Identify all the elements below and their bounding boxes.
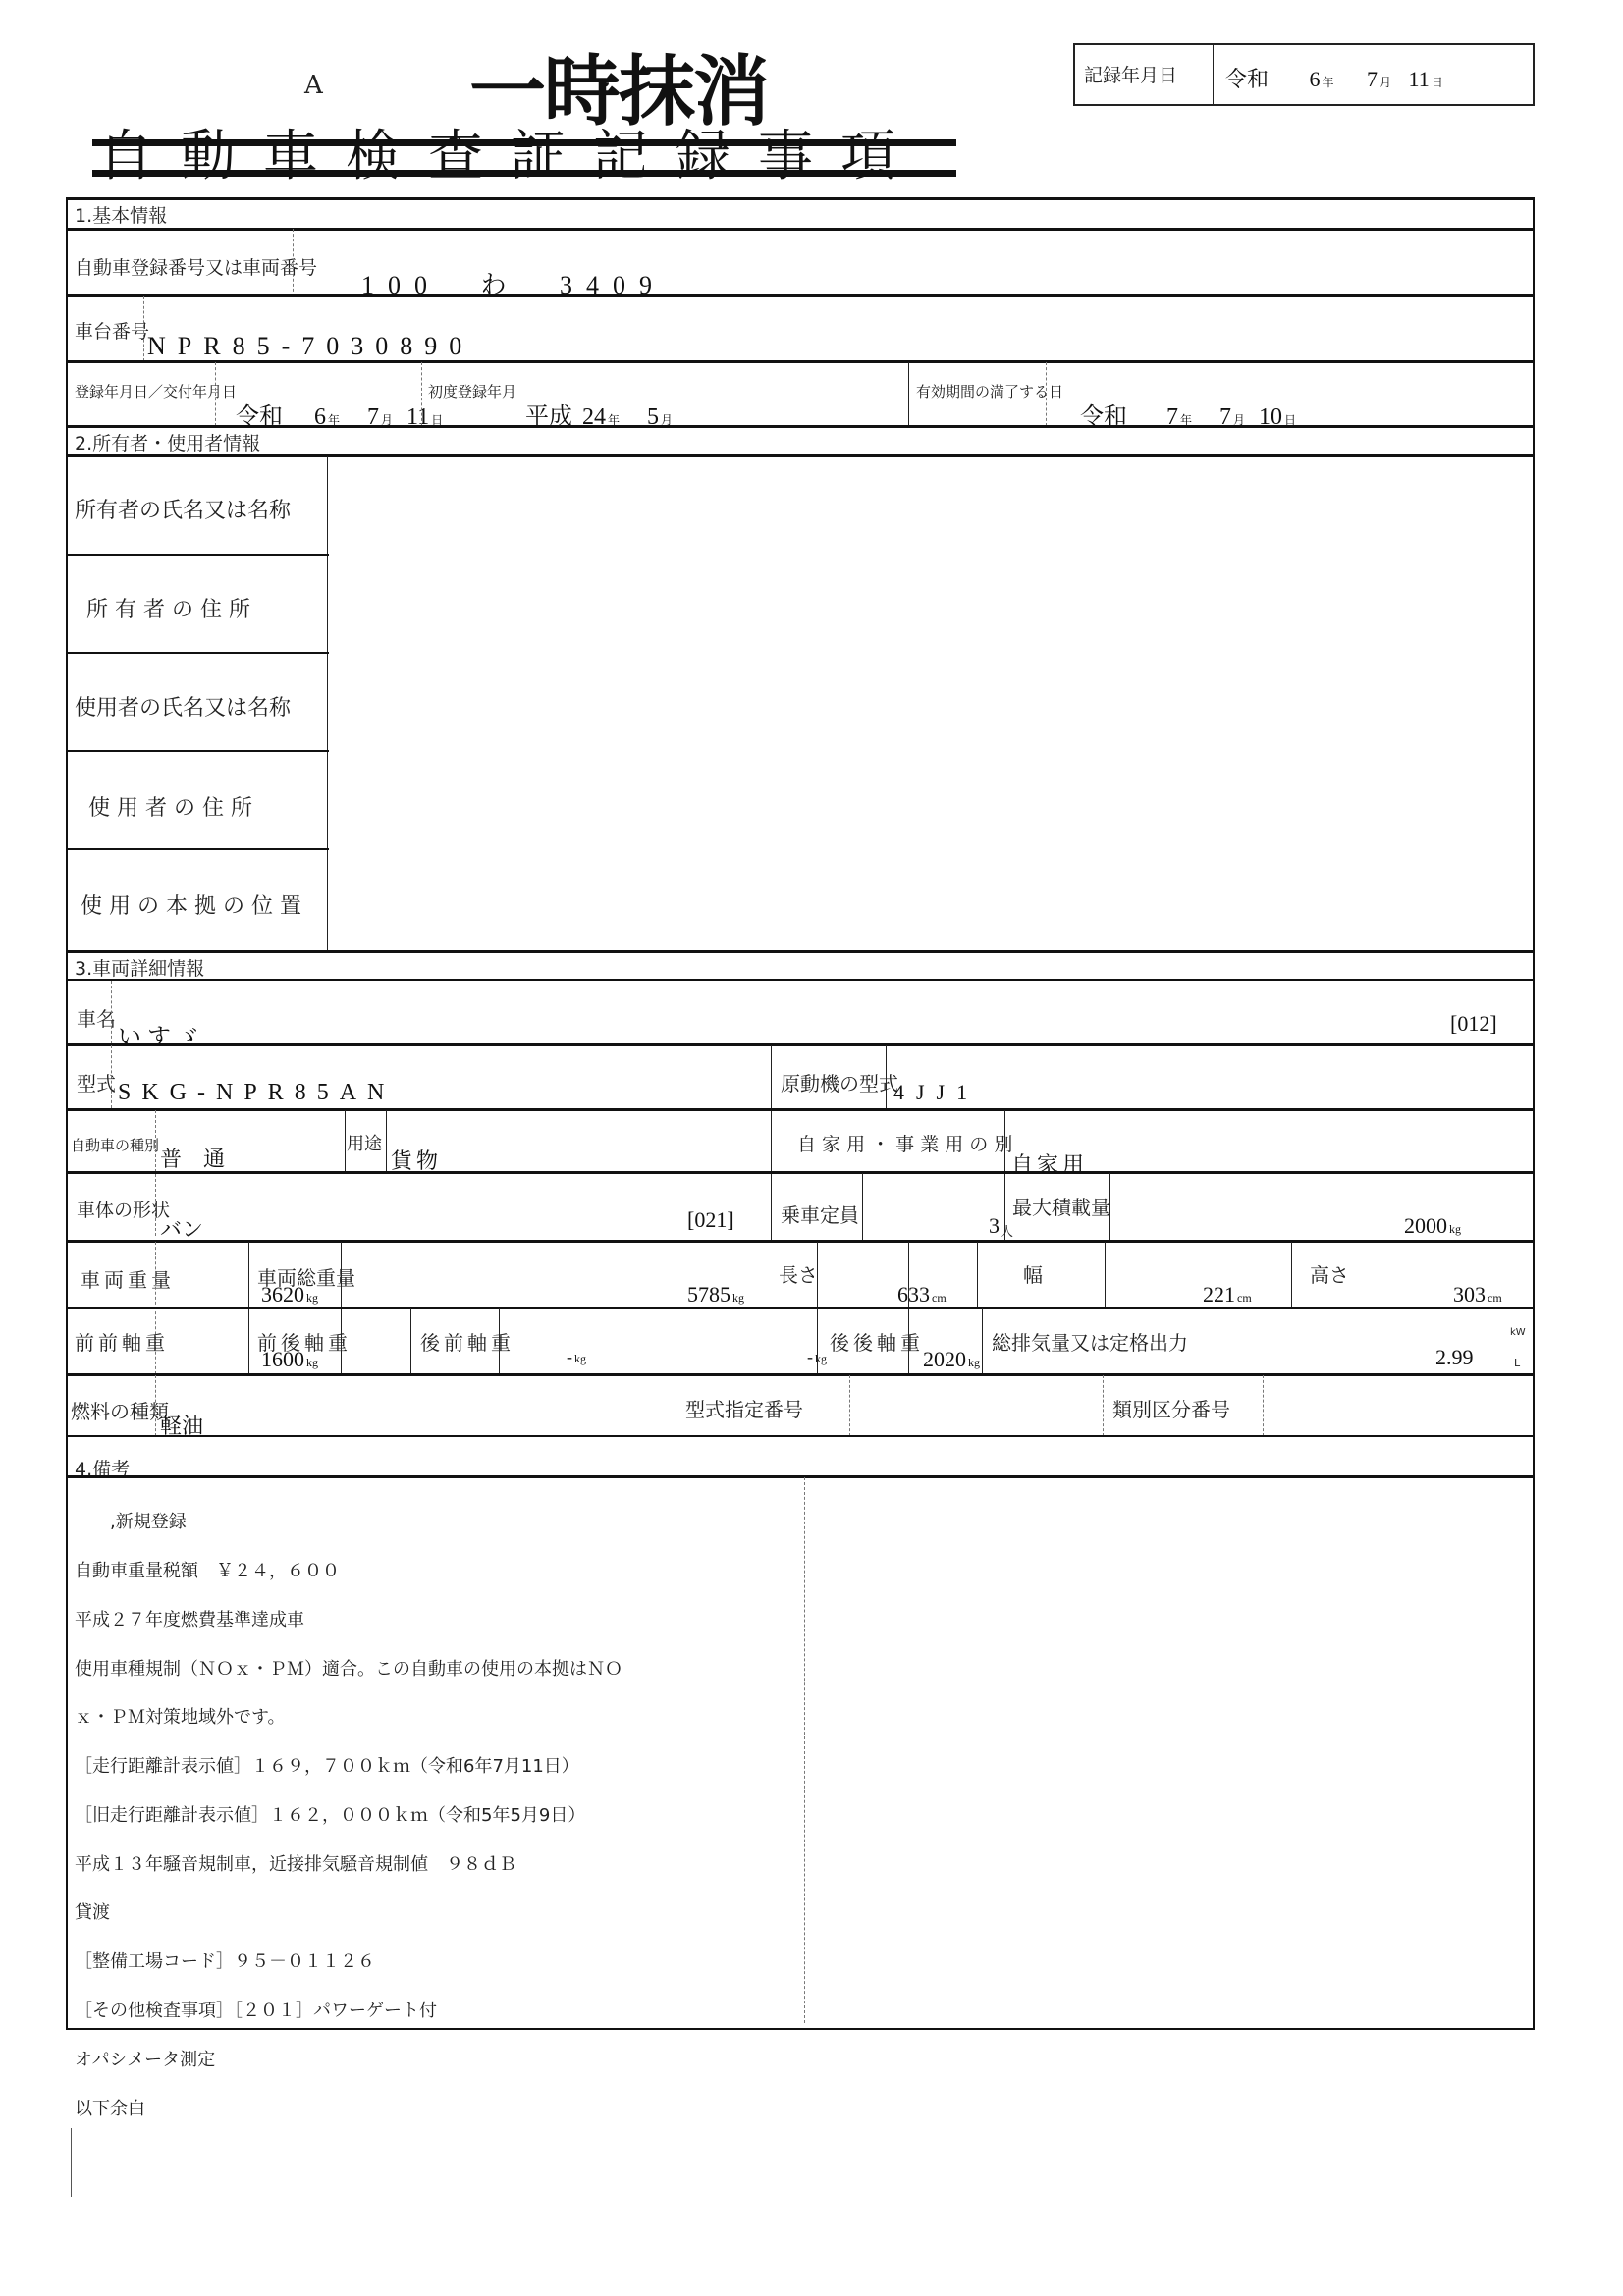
capacity: 3 bbox=[989, 1213, 1000, 1238]
divider bbox=[66, 1307, 1533, 1309]
divider bbox=[676, 1375, 676, 1436]
chassis-label: 車台番号 bbox=[75, 317, 149, 344]
rr-axle: 2020 bbox=[923, 1347, 966, 1371]
unit: cm bbox=[1237, 1291, 1252, 1305]
section-1-title: 1.基本情報 bbox=[75, 201, 167, 228]
displacement: 2.99 bbox=[1435, 1345, 1474, 1369]
height-value: 303cm bbox=[1453, 1282, 1502, 1308]
unit: cm bbox=[932, 1291, 947, 1305]
divider bbox=[908, 362, 909, 426]
divider bbox=[66, 1108, 1533, 1111]
fr-axle-value: -kg bbox=[567, 1347, 586, 1367]
body-shape-label: 車体の形状 bbox=[77, 1196, 170, 1222]
model-value: SKG-NPR85AN bbox=[118, 1080, 395, 1106]
owner-name-label: 所有者の氏名又は名称 bbox=[75, 494, 291, 524]
displacement-value: 2.99 bbox=[1435, 1345, 1474, 1370]
ff-axle-label: 前前軸重 bbox=[75, 1327, 169, 1356]
divider bbox=[849, 1375, 850, 1436]
chassis-value: NPR85-7030890 bbox=[147, 332, 473, 361]
divider bbox=[66, 1240, 1533, 1243]
divider bbox=[862, 1173, 863, 1240]
divider bbox=[111, 1045, 112, 1108]
engine-label: 原動機の型式 bbox=[781, 1068, 898, 1096]
car-name-code: [012] bbox=[1450, 1011, 1497, 1037]
divider bbox=[1263, 1375, 1264, 1436]
rf-axle-label: 後前軸重 bbox=[420, 1327, 514, 1356]
fuel-label: 燃料の種類 bbox=[71, 1396, 169, 1424]
section-2-title: 2.所有者・使用者情報 bbox=[75, 429, 260, 455]
unit: kg bbox=[306, 1356, 318, 1369]
length-label: 長さ bbox=[779, 1259, 818, 1288]
remark-line: ［その他検査事項］［２０１］パワーゲート付 bbox=[75, 2003, 622, 2020]
divider bbox=[1109, 1173, 1110, 1240]
divider bbox=[66, 1475, 1533, 1478]
fr-axle: - bbox=[567, 1347, 572, 1366]
divider bbox=[1103, 1375, 1104, 1436]
unit: 月 bbox=[1380, 76, 1391, 89]
body-shape-code: [021] bbox=[687, 1207, 734, 1233]
divider bbox=[977, 1242, 978, 1308]
vehicle-weight-label: 車両重量 bbox=[81, 1264, 175, 1293]
divider bbox=[66, 454, 1533, 457]
divider bbox=[66, 979, 1533, 981]
reg-date-label: 登録年月日／交付年月日 bbox=[75, 381, 237, 401]
car-name-label: 車名 bbox=[77, 1003, 116, 1032]
divider bbox=[66, 228, 1533, 231]
divider bbox=[410, 1308, 411, 1374]
divider bbox=[66, 425, 1533, 428]
height: 303 bbox=[1453, 1282, 1486, 1307]
displacement-label: 総排気量又は定格出力 bbox=[992, 1327, 1188, 1356]
user-address-label: 使 用 者 の 住 所 bbox=[88, 791, 252, 822]
record-date-value: 令和 6年 7月 11日 bbox=[1225, 63, 1443, 93]
era: 令和 bbox=[1225, 67, 1269, 91]
max-load-label: 最大積載量 bbox=[1012, 1192, 1110, 1220]
divider bbox=[66, 554, 329, 556]
margin-mark bbox=[71, 2128, 72, 2197]
status-stamp: 一時抹消 bbox=[469, 54, 768, 131]
height-label: 高さ bbox=[1310, 1259, 1349, 1288]
remark-line: オパシメータ測定 bbox=[75, 2053, 622, 2069]
divider bbox=[1291, 1242, 1292, 1308]
divider bbox=[771, 1045, 772, 1242]
document-title-text: 自動車検査証記録事項 bbox=[98, 125, 923, 188]
unit: 年 bbox=[1323, 76, 1334, 89]
divider bbox=[66, 652, 329, 654]
divider bbox=[143, 296, 144, 361]
divider bbox=[66, 1435, 1533, 1437]
length-value: 633cm bbox=[897, 1282, 947, 1308]
unit: kg bbox=[1449, 1222, 1461, 1236]
divider bbox=[1105, 1242, 1106, 1308]
remark-line: 使用車種規制（ＮＯｘ・ＰＭ）適合。この自動車の使用の本拠はＮＯ bbox=[75, 1662, 622, 1679]
max-load-value: 2000kg bbox=[1404, 1213, 1461, 1239]
user-name-label: 使用者の氏名又は名称 bbox=[75, 691, 291, 721]
remark-line: ,新規登録 bbox=[75, 1515, 622, 1531]
divider bbox=[66, 360, 1533, 363]
use-label: 用途 bbox=[347, 1130, 382, 1155]
divider bbox=[982, 1308, 983, 1374]
divider bbox=[155, 1375, 156, 1436]
remark-line: ［走行距離計表示値］１６９，７００ｋｍ（令和6年7月11日） bbox=[75, 1759, 622, 1776]
gross-weight: 5785 bbox=[687, 1282, 730, 1307]
year: 6 bbox=[1310, 67, 1321, 91]
remark-line: 自動車重量税額 ￥２４，６００ bbox=[75, 1564, 622, 1580]
divider bbox=[421, 362, 422, 426]
owner-address-label: 所 有 者 の 住 所 bbox=[86, 593, 250, 623]
divider bbox=[886, 1045, 887, 1108]
divider bbox=[66, 1043, 1533, 1046]
divider bbox=[1046, 362, 1047, 426]
corner-mark: A bbox=[304, 71, 323, 100]
divider bbox=[817, 1308, 818, 1374]
remarks-list: ,新規登録 自動車重量税額 ￥２４，６００ 平成２７年度燃費基準達成車 使用車種… bbox=[75, 1482, 622, 2134]
unit: kg bbox=[306, 1291, 318, 1305]
unit: kg bbox=[968, 1356, 980, 1369]
divider bbox=[66, 294, 1533, 297]
engine-value: 4JJ1 bbox=[893, 1080, 979, 1105]
type-approval-label: 型式指定番号 bbox=[685, 1394, 803, 1422]
month: 7 bbox=[1367, 67, 1378, 91]
divider bbox=[514, 362, 514, 426]
private-business-label: 自 家 用 ・ 事 業 用 の 別 bbox=[797, 1130, 1012, 1156]
divider bbox=[66, 1171, 1533, 1174]
rr-axle-label: 後後軸重 bbox=[830, 1327, 924, 1356]
remark-line: ［旧走行距離計表示値］１６２，０００ｋｍ（令和5年5月9日） bbox=[75, 1808, 622, 1825]
divider bbox=[66, 750, 329, 752]
capacity-label: 乗車定員 bbox=[781, 1200, 859, 1228]
base-location-label: 使 用 の 本 拠 の 位 置 bbox=[81, 889, 301, 920]
remark-line: ｘ・ＰＭ対策地域外です。 bbox=[75, 1710, 622, 1727]
length: 633 bbox=[897, 1282, 930, 1307]
vehicle-type-value: 普 通 bbox=[160, 1143, 225, 1173]
capacity-value: 3 bbox=[982, 1213, 1000, 1239]
divider bbox=[345, 1110, 346, 1172]
unit: cm bbox=[1488, 1291, 1502, 1305]
fr-axle-label: 前後軸重 bbox=[257, 1327, 352, 1356]
gross-weight-value: 5785kg bbox=[687, 1282, 744, 1308]
strike-line-bottom bbox=[92, 170, 956, 177]
max-load: 2000 bbox=[1404, 1213, 1447, 1238]
expiry-label: 有効期間の満了する日 bbox=[916, 381, 1063, 401]
divider bbox=[293, 229, 294, 296]
divider bbox=[66, 950, 1533, 953]
vehicle-type-label: 自動車の種別 bbox=[71, 1135, 159, 1155]
record-date-label: 記録年月日 bbox=[1084, 61, 1177, 87]
divider bbox=[1213, 43, 1214, 104]
remark-line: 平成２７年度燃費基準達成車 bbox=[75, 1613, 622, 1629]
divider bbox=[66, 1373, 1533, 1376]
unit: kg bbox=[732, 1291, 744, 1305]
width: 221 bbox=[1203, 1282, 1235, 1307]
divider bbox=[817, 1242, 818, 1308]
width-label: 幅 bbox=[1023, 1259, 1043, 1288]
width-value: 221cm bbox=[1203, 1282, 1252, 1308]
category-label: 類別区分番号 bbox=[1112, 1394, 1230, 1422]
displacement-unit-l: L bbox=[1514, 1357, 1520, 1369]
divider bbox=[499, 1308, 500, 1374]
document-title: 自動車検査証記録事項 bbox=[98, 126, 962, 188]
day: 11 bbox=[1409, 67, 1430, 91]
capacity-unit: 人 bbox=[1001, 1221, 1013, 1240]
section-3-title: 3.車両詳細情報 bbox=[75, 954, 204, 981]
private-business-value: 自家用 bbox=[1011, 1148, 1088, 1179]
divider bbox=[66, 848, 329, 850]
divider bbox=[111, 981, 112, 1043]
rr-axle-value: 2020kg bbox=[923, 1347, 980, 1372]
displacement-unit-kw: kW bbox=[1510, 1327, 1526, 1338]
remark-line: 貸渡 bbox=[75, 1905, 622, 1922]
unit: 日 bbox=[1432, 76, 1443, 89]
rf-axle: - bbox=[807, 1347, 813, 1366]
unit: kg bbox=[574, 1352, 586, 1365]
strike-line-top bbox=[92, 139, 956, 146]
model-label: 型式 bbox=[77, 1068, 116, 1096]
divider bbox=[215, 362, 216, 426]
divider bbox=[386, 1110, 387, 1172]
divider bbox=[327, 456, 328, 952]
remark-line: 以下余白 bbox=[75, 2102, 622, 2118]
remark-line: ［整備工場コード］９５－０１１２６ bbox=[75, 1954, 622, 1971]
first-reg-label: 初度登録年月 bbox=[428, 381, 516, 401]
divider bbox=[804, 1477, 805, 2023]
reg-number-label: 自動車登録番号又は車両番号 bbox=[75, 253, 317, 280]
remark-line: 平成１３年騒音規制車，近接排気騒音規制値 ９８ｄＢ bbox=[75, 1857, 622, 1874]
